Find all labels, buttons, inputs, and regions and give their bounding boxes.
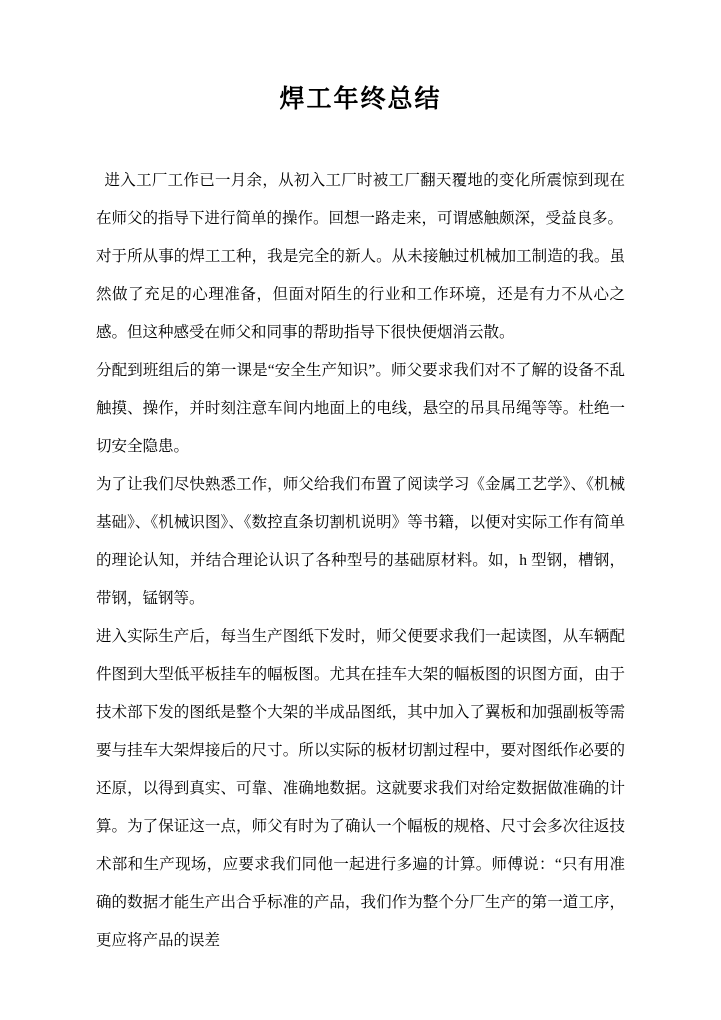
paragraph-study: 为了让我们尽快熟悉工作，师父给我们布置了阅读学习《金属工艺学》、《机械基础》、《… [96, 466, 625, 618]
paragraph-intro: 进入工厂工作已一月余，从初入工厂时被工厂翻天覆地的变化所震惊到现在在师父的指导下… [96, 162, 625, 238]
document-page: 焊工年终总结 进入工厂工作已一月余，从初入工厂时被工厂翻天覆地的变化所震惊到现在… [0, 0, 721, 1020]
paragraph-newcomer: 对于所从事的焊工工种，我是完全的新人。从未接触过机械加工制造的我。虽然做了充足的… [96, 238, 625, 352]
document-title: 焊工年终总结 [96, 84, 625, 116]
paragraph-production: 进入实际生产后，每当生产图纸下发时，师父便要求我们一起读图，从车辆配件图到大型低… [96, 618, 625, 960]
document-body: 进入工厂工作已一月余，从初入工厂时被工厂翻天覆地的变化所震惊到现在在师父的指导下… [96, 162, 625, 960]
paragraph-safety: 分配到班组后的第一课是“安全生产知识”。师父要求我们对不了解的设备不乱触摸、操作… [96, 352, 625, 466]
